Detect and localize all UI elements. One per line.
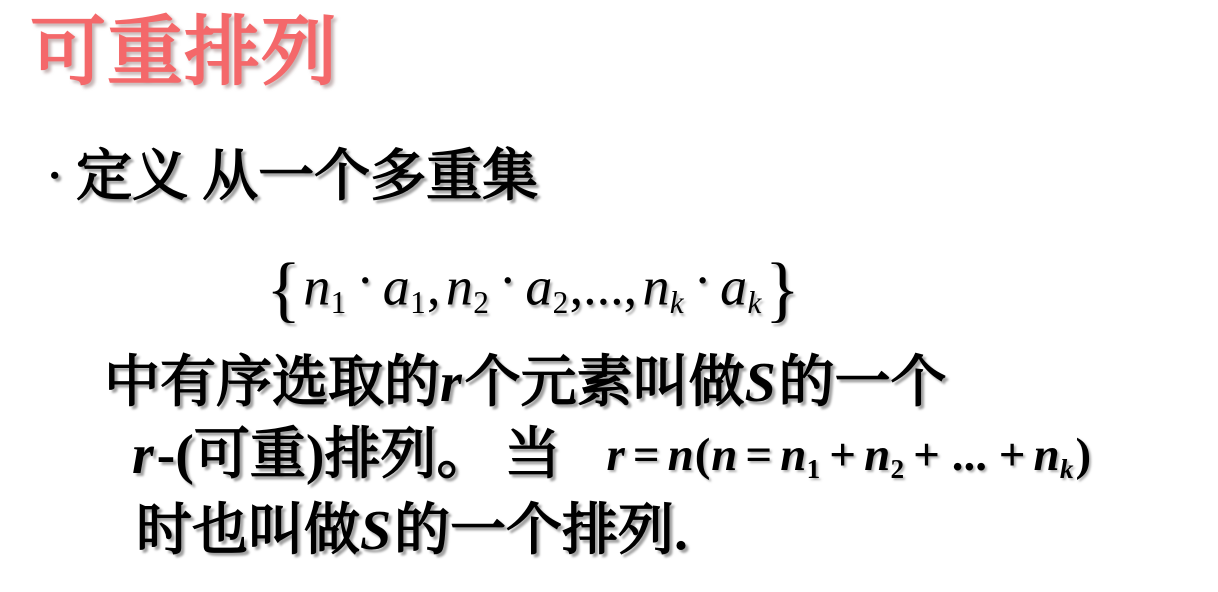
text-segment: 中有序选取的 [104, 352, 440, 414]
equals-operator: = [745, 429, 772, 481]
math-variable: n [1033, 429, 1059, 481]
text-segment: 的一个排列 [394, 500, 674, 562]
subscript: k [670, 283, 684, 324]
math-variable: n [864, 429, 890, 481]
text-segment: 排列。 [325, 424, 493, 486]
math-variable: n [303, 256, 330, 316]
definition-text: 定义 从一个多重集 [76, 146, 538, 208]
subscript: k [1060, 452, 1074, 486]
multiset-formula: {n1·a1,n2·a2,...,nk·ak} [264, 242, 802, 337]
body-line-1: 中有序选取的r个元素叫做S的一个 [104, 348, 947, 418]
text-segment: 个元素叫做 [465, 352, 745, 414]
separator: , [427, 256, 441, 316]
bullet-marker: • [50, 159, 59, 193]
text-segment: 时也叫做 [136, 500, 360, 562]
slide: 可重排列 •定义 从一个多重集 {n1·a1,n2·a2,...,nk·ak} … [0, 0, 1218, 592]
plus-ellipsis-operator: + ... + [913, 429, 1025, 481]
body-line-3: 时也叫做S的一个排列. [136, 496, 688, 566]
subscript: k [747, 283, 761, 324]
subscript: 2 [553, 283, 569, 324]
definition-bullet-line: •定义 从一个多重集 [50, 142, 538, 212]
page-title: 可重排列 [30, 10, 338, 97]
subscript: 1 [807, 452, 821, 486]
math-variable: n [711, 429, 737, 481]
math-variable-s: S [360, 500, 394, 562]
text-segment: 的一个 [779, 352, 947, 414]
math-variable-r: r [132, 424, 157, 486]
equals-operator: = [633, 429, 660, 481]
math-variable: n [446, 256, 473, 316]
math-variable: r [607, 429, 625, 481]
text-segment: 可重 [194, 424, 306, 486]
math-variable-s: S [745, 352, 779, 414]
left-paren: ( [694, 429, 712, 481]
cdot-operator: · [694, 250, 712, 310]
right-paren: ) [1075, 429, 1093, 481]
body-line-2: r-(可重)排列。当r=n(n=n1+n2+ ... +nk) [132, 420, 1092, 490]
math-variable: n [668, 429, 694, 481]
subscript: 2 [890, 452, 904, 486]
text-segment: 当 [505, 424, 561, 486]
cdot-operator: · [356, 250, 374, 310]
math-variable: a [525, 256, 552, 316]
r-equals-n-formula: r=n(n=n1+n2+ ... +nk) [607, 429, 1093, 481]
period: . [674, 500, 688, 562]
text-segment: ) [306, 424, 325, 486]
math-variable: n [780, 429, 806, 481]
right-brace: } [763, 248, 802, 329]
left-brace: { [264, 248, 303, 329]
subscript: 2 [473, 283, 489, 324]
cdot-operator: · [499, 250, 517, 310]
subscript: 1 [331, 283, 347, 324]
math-variable: n [642, 256, 669, 316]
separator: ,..., [570, 256, 638, 316]
math-variable-r: r [440, 352, 465, 414]
math-variable: a [383, 256, 410, 316]
math-variable: a [720, 256, 747, 316]
text-segment: -( [157, 424, 194, 486]
subscript: 1 [410, 283, 426, 324]
plus-operator: + [829, 429, 856, 481]
